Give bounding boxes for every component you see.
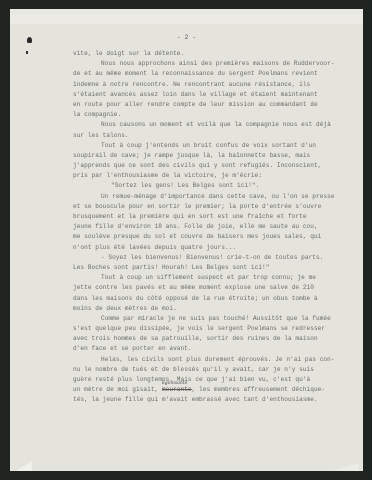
text-line: tés, la jeune fille qui m'avait embrassé…: [73, 395, 363, 405]
text-line: en route pour aller rendre compte de leu…: [73, 100, 363, 110]
text-line: Un remue-ménage d'importance dans cette …: [73, 192, 363, 202]
text-line: sur les talons.: [73, 131, 363, 141]
text-line: brusquement et la première qui en sort e…: [73, 212, 363, 222]
text-line: Nous causons un moment et voilà que la c…: [73, 120, 363, 130]
text-line: guère resté plus longtemps. Mais ce que …: [73, 375, 363, 385]
text-line: me soulève presque du sol et couvre de b…: [73, 232, 363, 242]
handwritten-insertion: agonisante: [162, 379, 187, 389]
annotated-text-line: un mètre de moi gisait, mouranteagonisan…: [73, 385, 363, 395]
text-line: avec trois hommes de sa patrouille, sort…: [73, 334, 363, 344]
text-line: Les Boches sont partis! Hourah! Les Belg…: [73, 263, 363, 273]
page-number: - 2 -: [10, 34, 363, 41]
text-fragment: un mètre de moi gisait,: [73, 386, 162, 393]
text-line: soupirail de cave; je rampe jusque là, l…: [73, 151, 363, 161]
text-line: Tout à coup j'entends un bruit confus de…: [73, 141, 363, 151]
text-line: Nous nous approchons ainsi des premières…: [73, 59, 363, 69]
typewritten-body: vite, le doigt sur la détente.Nous nous …: [73, 49, 363, 406]
punch-hole-mark-small: [26, 51, 28, 54]
handwritten-correction: mouranteagonisante: [162, 385, 192, 395]
text-line: la compagnie.: [73, 110, 363, 120]
text-line: pris par l'enthousiasme de la victoire, …: [73, 171, 363, 181]
text-line: moins de deux mètres de moi.: [73, 304, 363, 314]
text-line: d'en face et se porter en avant.: [73, 344, 363, 354]
text-line: nu le nombre de tués et de blessés qu'il…: [73, 365, 363, 375]
text-line: jette contre les pavés et au même moment…: [73, 283, 363, 293]
text-line: - Soyez les bienvenus! Bienvenus! crie-t…: [73, 253, 363, 263]
text-fragment: , les membres affreusement déchique-: [192, 386, 325, 393]
text-line: s'est quelque peu dissipée, je vois le s…: [73, 324, 363, 334]
text-line: jeune fille d'environ 18 ans. Folle de j…: [73, 222, 363, 232]
text-line: dans les maisons du côté opposé de la ru…: [73, 294, 363, 304]
document-page: - 2 - vite, le doigt sur la détente.Nous…: [10, 9, 363, 471]
folded-corner-left: [16, 461, 32, 471]
text-line: n'ont plus été lavées depuis quatre jour…: [73, 243, 363, 253]
text-line: de et au même moment la reconnaissance d…: [73, 69, 363, 79]
text-line: Comme par miracle je ne suis pas touché!…: [73, 314, 363, 324]
text-line: Tout à coup un sifflement suspect et par…: [73, 273, 363, 283]
text-line: Helas, les civils sont plus durement épr…: [73, 355, 363, 365]
text-line: indemne à notre rencontre. Ne rencontran…: [73, 80, 363, 90]
text-line: et se bouscule pour en sortir le premier…: [73, 202, 363, 212]
text-line: j'apprends que ce sont des civils qui y …: [73, 161, 363, 171]
text-line: "Sortez les gens! Les Belges sont ici!".: [73, 181, 363, 191]
folded-corner-right: [333, 463, 359, 471]
text-line: s'étaient avancés assez loin dans le vil…: [73, 90, 363, 100]
text-line: vite, le doigt sur la détente.: [73, 49, 363, 59]
